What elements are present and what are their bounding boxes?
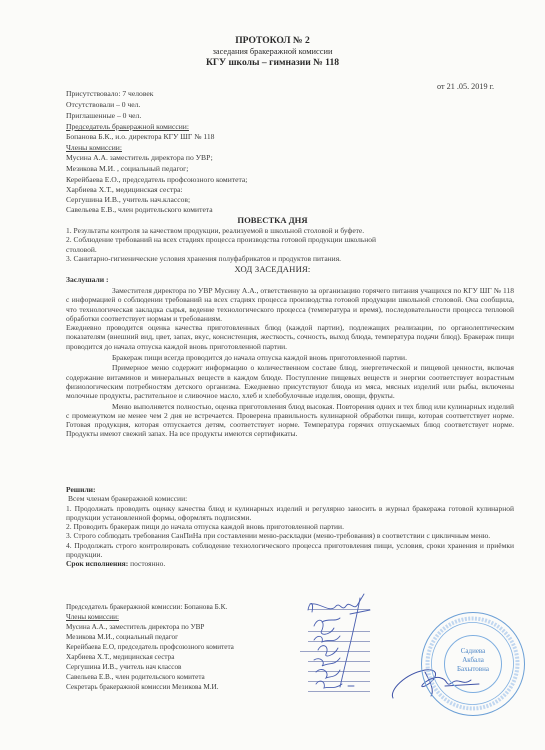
document-date: от 21 .05. 2019 г. xyxy=(437,82,494,91)
sig-member: Савельева Е.В., член родительского комит… xyxy=(66,673,205,682)
decision-item: 4. Продолжать строго контролировать собл… xyxy=(66,541,514,560)
decision-intro: Всем членам бракеражной комиссии: xyxy=(66,494,514,503)
deadline-label: Срок исполнения: xyxy=(66,559,128,568)
member-item: Сергушина И.В., учитель нач.классов; xyxy=(66,195,190,204)
member-item: Керейбаева Е.О., председатель профсоюзно… xyxy=(66,175,247,184)
member-item: Мусина А.А. заместитель директора по УВР… xyxy=(66,153,213,162)
agenda-item: 1. Результаты контроля за качеством прод… xyxy=(66,226,514,235)
sig-member: Керейбаева Е.О, председатель профсоюзног… xyxy=(66,643,234,652)
member-item: Мезикова М.И. , социальный педагог; xyxy=(66,164,188,173)
proceedings-paragraph: Бракераж пищи всегда проводится до начал… xyxy=(66,353,514,362)
heard-label: Заслушали : xyxy=(66,275,109,284)
agenda-item: 3. Санитарно-гигиенические условия хране… xyxy=(66,254,514,263)
document-title: ПРОТОКОЛ № 2 xyxy=(0,35,545,46)
member-item: Савельева Е.В., член родительского комит… xyxy=(66,205,213,214)
handwritten-signatures-icon xyxy=(300,592,390,702)
chairman-name: Бопанова Б.К., и.о. директора КГУ ШГ № 1… xyxy=(66,132,214,141)
proceedings-paragraph: Заместителя директора по УВР Мусину А.А.… xyxy=(66,286,514,323)
deadline-value: постоянно. xyxy=(128,559,165,568)
school-name: КГУ школы – гимназии № 118 xyxy=(0,57,545,68)
member-item: Харбиева Х.Т., медицинская сестра: xyxy=(66,185,183,194)
proceedings-paragraph: Меню выполняется полностью, оценка приго… xyxy=(66,402,514,439)
stamp-name-line: Акбала xyxy=(422,656,524,665)
members-label: Члены комиссии: xyxy=(66,143,122,152)
decision-section: Решили: Всем членам бракеражной комиссии… xyxy=(66,485,514,569)
absent-count: Отсутствовали – 0 чел. xyxy=(66,100,140,109)
proceedings-text: Заместителя директора по УВР Мусину А.А.… xyxy=(66,286,514,439)
sig-secretary: Секретарь бракеражной комиссии Мезикова … xyxy=(66,683,219,692)
sig-chairman: Председатель бракеражной комиссии: Бопан… xyxy=(66,603,227,612)
stamp-name-line: Бахытовна xyxy=(422,665,524,674)
agenda-item: 2. Соблюдение требований на всех стадиях… xyxy=(66,235,406,254)
proceedings-heading: ХОД ЗАСЕДАНИЯ: xyxy=(0,264,545,274)
deadline: Срок исполнения: постоянно. xyxy=(66,559,514,568)
invited-count: Приглашенные – 0 чел. xyxy=(66,111,141,120)
chairman-label: Председатель бракеражной комиссии: xyxy=(66,122,189,131)
present-count: Присутствовало: 7 человек xyxy=(66,89,153,98)
decision-item: 3. Строго соблюдать требования СанПиНа п… xyxy=(66,531,514,540)
sig-member: Мезикова М.И., социальный педагог xyxy=(66,633,178,642)
agenda-heading: ПОВЕСТКА ДНЯ xyxy=(0,215,545,225)
sig-member: Мусина А.А., заместитель директора по УВ… xyxy=(66,623,204,632)
official-stamp: Садиева Акбала Бахытовна xyxy=(421,612,525,716)
sig-member: Сергушина И.В., учитель нач классов xyxy=(66,663,181,672)
sig-member: Харбиева Х.Т., медицинская сестра xyxy=(66,653,174,662)
stamp-name-line: Садиева xyxy=(422,647,524,656)
decision-item: 2. Проводить бракераж пищи до начала отп… xyxy=(66,522,514,531)
decision-label: Решили: xyxy=(66,485,514,494)
sig-members-label: Члены комиссии: xyxy=(66,613,119,622)
agenda-list: 1. Результаты контроля за качеством прод… xyxy=(66,226,514,263)
proceedings-paragraph: Примерное меню содержит информацию о кол… xyxy=(66,363,514,400)
protocol-document: ПРОТОКОЛ № 2 заседания бракеражной комис… xyxy=(0,0,545,750)
proceedings-paragraph: Ежедневно проводится оценка качества при… xyxy=(66,323,514,351)
document-subtitle: заседания бракеражной комиссии xyxy=(0,47,545,56)
decision-item: 1. Продолжать проводить оценку качества … xyxy=(66,504,514,523)
